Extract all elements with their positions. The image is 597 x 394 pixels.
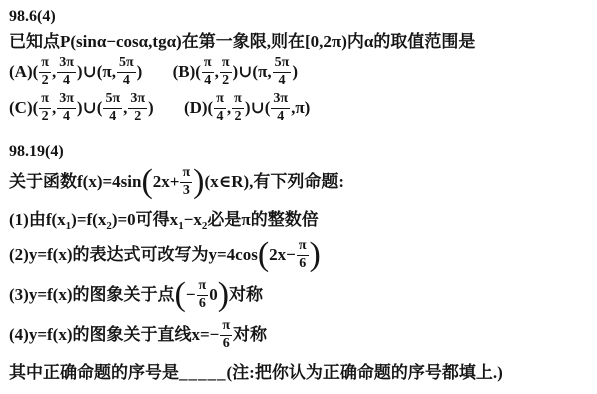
fraction-numerator: 3π [271,92,290,109]
fraction-numerator: π [197,279,209,296]
fraction-denominator: 4 [57,109,76,125]
option-c-text: )∪( [77,98,103,117]
fraction-denominator: 6 [220,336,232,352]
option-b-text: )∪(π, [233,62,272,81]
statement-2-text: (2)y=f(x)的表达式可改写为y=4cos [9,245,258,264]
statement-3-text: 对称 [229,285,263,304]
fraction-denominator: 2 [39,109,51,125]
fraction-numerator: π [220,319,232,336]
fraction-numerator: 5π [103,92,122,109]
fraction-numerator: π [232,92,244,109]
fraction: π2 [220,56,232,88]
footer-note: 其中正确命题的序号是_____(注:把你认为正确命题的序号都填上.) [9,358,588,388]
statement-3: (3)y=f(x)的图象关于点(−π60)对称 [9,275,588,315]
option-b-text: , [215,62,219,81]
fraction: 3π4 [57,92,76,124]
statement-1: (1)由f(x1)=f(x2)=0可得x1−x2必是π的整数倍 [9,205,588,235]
fraction: π4 [202,56,214,88]
section-spacer [9,126,588,140]
option-c-text: ) [148,98,154,117]
fraction-numerator: π [180,166,192,183]
statement-3-text: 0 [209,285,218,304]
statement-4: (4)y=f(x)的图象关于直线x=−π6对称 [9,315,588,355]
statement-2: (2)y=f(x)的表达式可改写为y=4cos(2x−π6) [9,235,588,275]
fraction-denominator: 4 [103,109,122,125]
options-row-ab: (A)(π2,3π4)∪(π,5π4) (B)(π4,π2)∪(π,5π4) [9,54,588,90]
option-a-text: ) [137,62,143,81]
problem1-statement: 已知点P(sinα−cosα,tgα)在第一象限,则在[0,2π)内α的取值范围… [9,30,588,54]
fraction-numerator: 3π [57,92,76,109]
fraction-numerator: π [214,92,226,109]
problem2-intro-text: 2x+ [153,172,180,191]
statement-1-text: )=0可得x [112,210,178,229]
statement-2-text: 2x− [269,245,296,264]
fraction-denominator: 4 [117,73,136,89]
fraction: 5π4 [103,92,122,124]
fraction-numerator: 5π [117,56,136,73]
statement-3-text: (3)y=f(x)的图象关于点 [9,285,175,304]
fraction: π6 [197,279,209,311]
fraction-denominator: 2 [39,73,51,89]
fraction: π2 [39,56,51,88]
fraction-numerator: π [297,239,309,256]
option-a-text: , [52,62,56,81]
fraction: 5π4 [273,56,292,88]
option-b-text: ) [292,62,298,81]
option-d-text: )∪( [245,98,271,117]
fraction-denominator: 2 [128,109,147,125]
fraction-denominator: 2 [232,109,244,125]
fraction: 3π2 [128,92,147,124]
fraction-numerator: π [202,56,214,73]
fraction: π2 [232,92,244,124]
fraction-numerator: π [39,56,51,73]
option-c: (C)(π2,3π4)∪(5π4,3π2) [9,90,154,126]
fraction-numerator: 3π [128,92,147,109]
fraction: π4 [214,92,226,124]
statement-1-text: −x [184,210,202,229]
statement-4-text: (4)y=f(x)的图象关于直线x=− [9,325,219,344]
statement-1-text: )=f(x [71,210,106,229]
problem2-intro-text: (x∈R),有下列命题: [204,172,344,191]
exam-page: 98.6(4) 已知点P(sinα−cosα,tgα)在第一象限,则在[0,2π… [0,0,597,388]
fraction: π6 [297,239,309,271]
statement-4-text: 对称 [233,325,267,344]
fraction: 3π4 [271,92,290,124]
fraction: 3π4 [57,56,76,88]
option-c-text: , [123,98,127,117]
option-d-text: , [227,98,231,117]
fraction-numerator: 3π [57,56,76,73]
fraction-denominator: 4 [57,73,76,89]
fraction-numerator: 5π [273,56,292,73]
option-a-label: (A)( [9,62,38,81]
option-a: (A)(π2,3π4)∪(π,5π4) [9,54,142,90]
statement-1-text: (1)由f(x [9,210,66,229]
option-d-label: (D)( [184,98,213,117]
option-d-text: ,π) [291,98,310,117]
fraction-denominator: 4 [202,73,214,89]
statement-3-text: − [186,285,196,304]
fraction-denominator: 3 [180,183,192,199]
option-c-label: (C)( [9,98,38,117]
fraction-denominator: 6 [297,256,309,272]
fraction: π6 [220,319,232,351]
fraction-denominator: 6 [197,296,209,312]
statement-1-text: 必是π的整数倍 [207,210,318,229]
problem1-number: 98.6(4) [9,7,588,27]
footer-text: (注:把你认为正确命题的序号都填上.) [227,363,503,382]
option-d: (D)(π4,π2)∪(3π4,π) [184,90,310,126]
options-row-cd: (C)(π2,3π4)∪(5π4,3π2) (D)(π4,π2)∪(3π4,π) [9,90,588,126]
fraction-denominator: 2 [220,73,232,89]
fraction: π2 [39,92,51,124]
fraction-denominator: 4 [271,109,290,125]
fraction-numerator: π [39,92,51,109]
option-b: (B)(π4,π2)∪(π,5π4) [173,54,298,90]
fraction: 5π4 [117,56,136,88]
fraction-denominator: 4 [273,73,292,89]
fraction-denominator: 4 [214,109,226,125]
footer-text: 其中正确命题的序号是 [9,363,179,382]
problem2-intro: 关于函数f(x)=4sin(2x+π3)(x∈R),有下列命题: [9,162,588,202]
answer-blank: _____ [179,363,227,382]
problem2-number: 98.19(4) [9,142,588,162]
option-a-text: )∪(π, [77,62,116,81]
option-c-text: , [52,98,56,117]
option-b-label: (B)( [173,62,201,81]
fraction-numerator: π [220,56,232,73]
problem2-intro-text: 关于函数f(x)=4sin [9,172,141,191]
fraction: π3 [180,166,192,198]
